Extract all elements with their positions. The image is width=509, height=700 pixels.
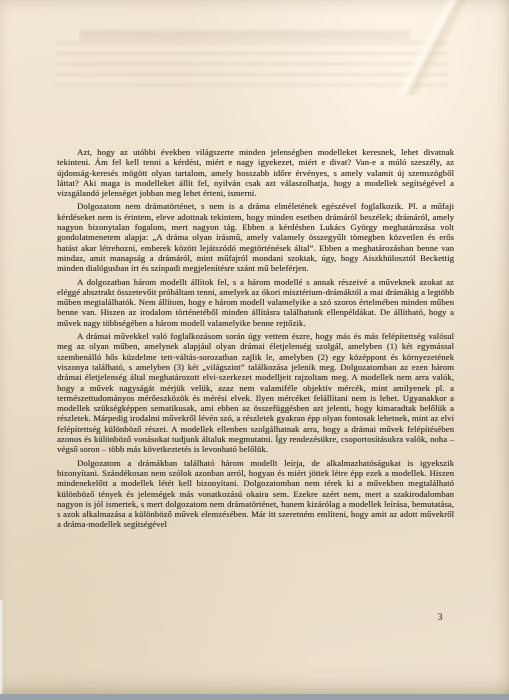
body-text: Azt, hogy az utóbbi években világszerte … [57,147,454,533]
page-edge-sliver [0,600,4,694]
paragraph-4: A drámai művekkel való foglalkozásom sor… [57,331,454,455]
paragraph-3: A dolgozatban három modellt állítok fel,… [57,277,454,328]
paragraph-2: Dolgozatom nem drámatörténet, s nem is a… [57,201,454,273]
paragraph-1: Azt, hogy az utóbbi években világszerte … [57,147,454,198]
paragraph-5: Dolgozatom a drámákban található három m… [57,458,454,530]
scanned-page: Azt, hogy az utóbbi években világszerte … [0,0,509,694]
page-number: 3 [430,613,450,623]
show-through-smudge [80,30,410,40]
screenshot-root: { "page": { "number": "3", "paragraphs":… [0,0,509,700]
paper-crease [368,0,488,95]
